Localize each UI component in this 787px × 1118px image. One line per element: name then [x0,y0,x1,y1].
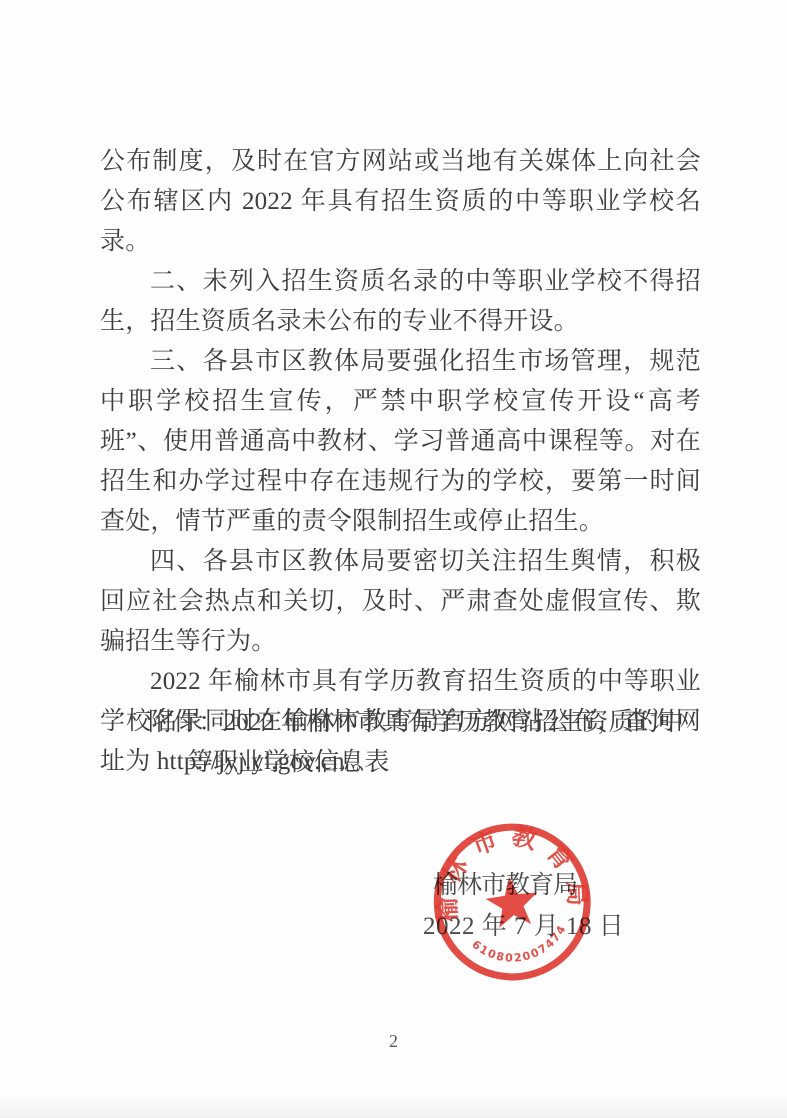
page-number: 2 [0,1031,787,1052]
paragraph-item-3: 三、各县市区教体局要强化招生市场管理，规范中职学校招生宣传，严禁中职学校宣传开设… [100,342,701,542]
paragraph-item-2: 二、未列入招生资质名录的中等职业学校不得招生，招生资质名录未公布的专业不得开设。 [100,262,701,342]
paragraph-continuation: 公布制度，及时在官方网站或当地有关媒体上向社会公布辖区内 2022 年具有招生资… [100,142,701,262]
seal-star-icon [483,874,541,929]
paragraph-item-4: 四、各县市区教体局要密切关注招生舆情，积极回应社会热点和关切，及时、严肃查处虚假… [100,542,701,662]
official-seal-icon: 榆林市教育局 6108020074744 [418,806,605,993]
attachment-note: 附件：2022 年榆林市具有学历教育招生资质的中等职业学校信息表 [148,703,701,783]
document-page: 公布制度，及时在官方网站或当地有关媒体上向社会公布辖区内 2022 年具有招生资… [0,0,787,1118]
document-body: 公布制度，及时在官方网站或当地有关媒体上向社会公布辖区内 2022 年具有招生资… [100,142,701,782]
